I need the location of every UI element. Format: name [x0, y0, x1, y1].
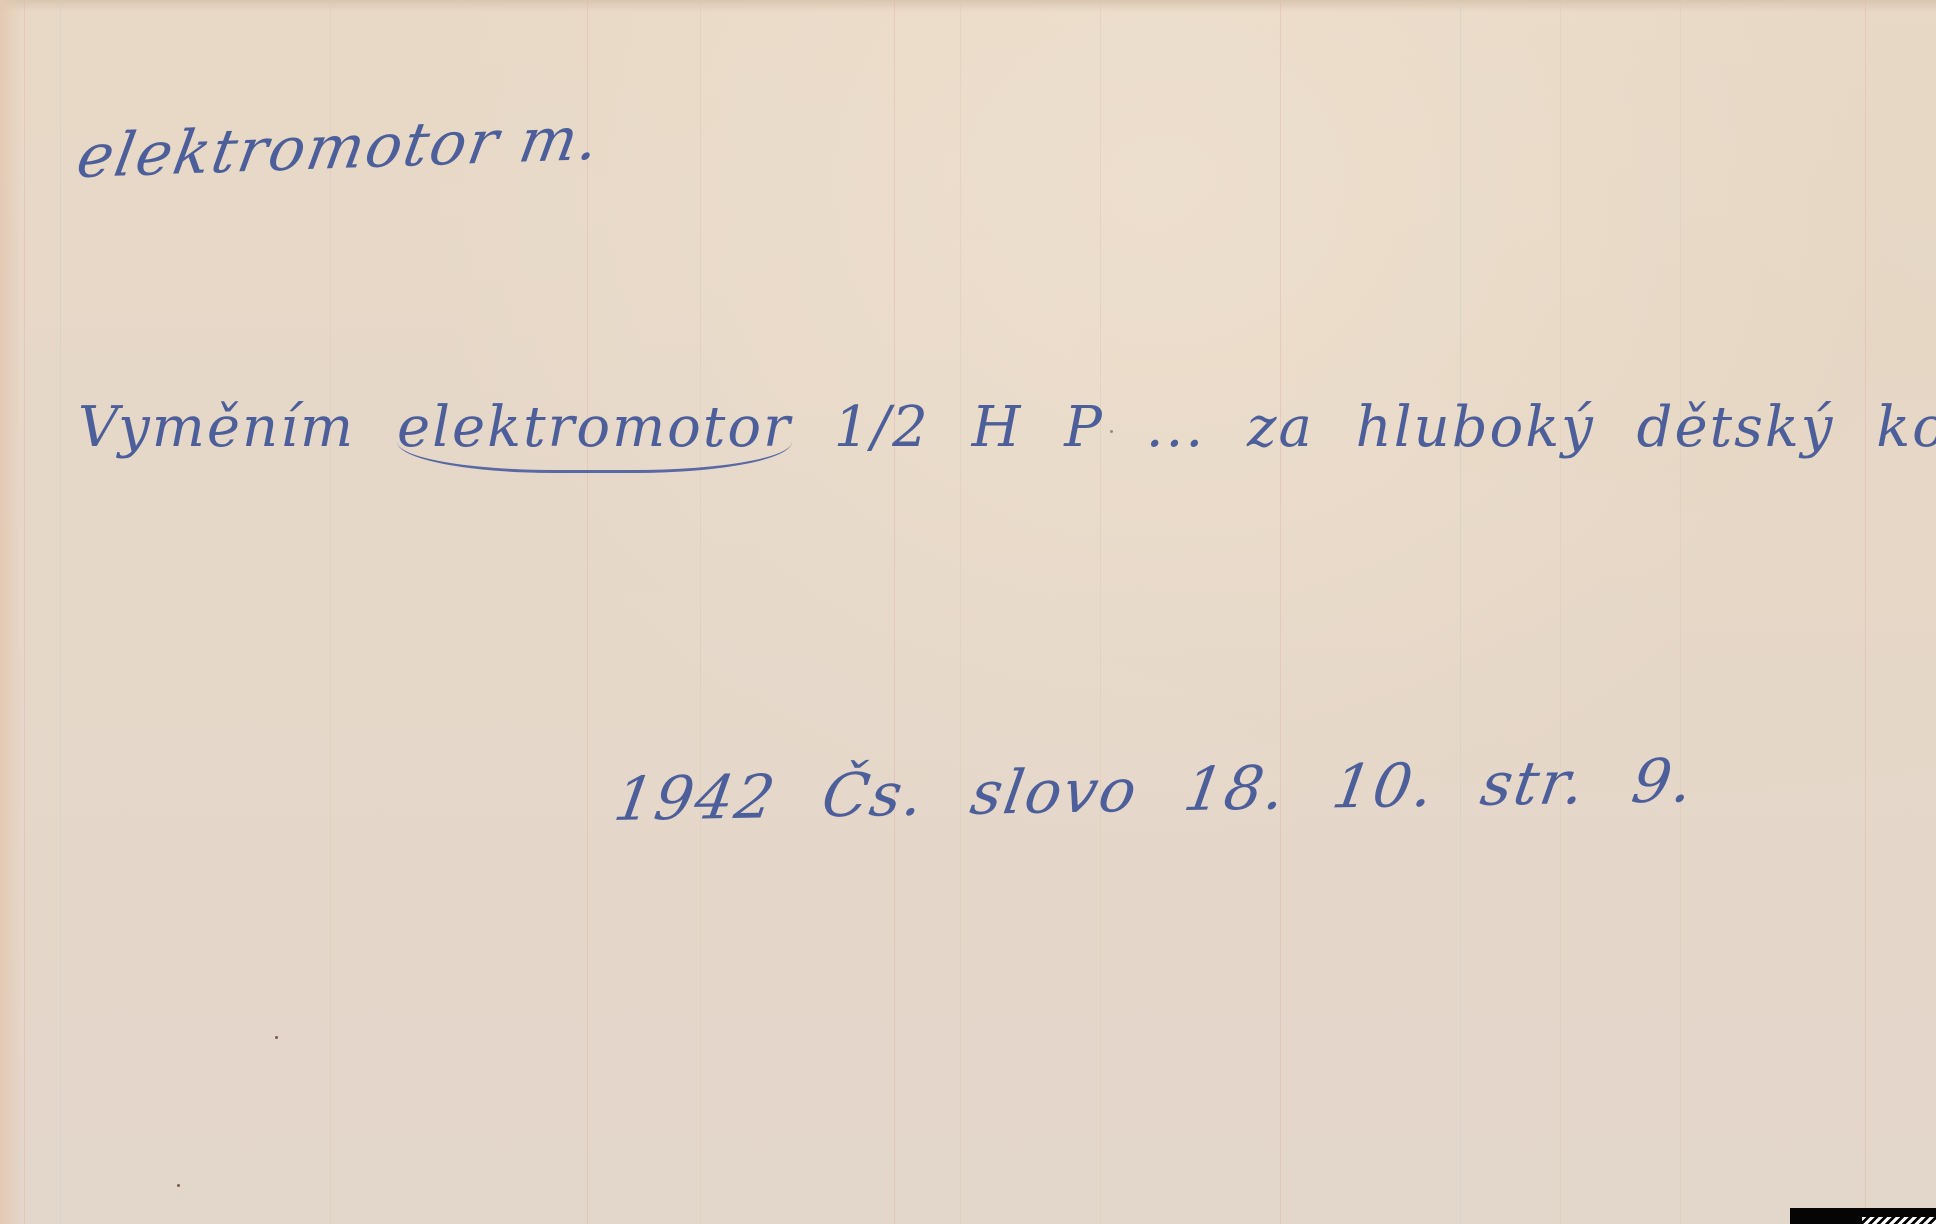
card-body-line: Vyměním elektromotor 1/2 H P ... za hlub… [78, 395, 1936, 473]
paper-speck [1110, 430, 1113, 433]
paper-left-edge [0, 0, 22, 1224]
index-card: elektromotor m. Vyměním elektromotor 1/2… [0, 0, 1936, 1224]
card-source-line: 1942 Čs. slovo 18. 10. str. 9. [609, 746, 1699, 835]
source-publication: Čs. slovo [817, 756, 1143, 832]
ruled-line [1865, 0, 1866, 1224]
body-spec: 1/2 H P ... [834, 395, 1205, 460]
paper-top-edge [0, 0, 1936, 12]
ruled-line [24, 0, 25, 1224]
ruled-line [894, 0, 895, 1224]
body-verb: Vyměním [78, 395, 355, 460]
card-heading: elektromotor m. [72, 104, 607, 193]
scan-hatch-artifact [1862, 1217, 1936, 1224]
ruled-line [960, 0, 961, 1224]
ruled-line [700, 0, 701, 1224]
ruled-line [1100, 0, 1101, 1224]
ruled-line [1680, 0, 1681, 1224]
ruled-line [1560, 0, 1561, 1224]
body-keyword-underlined: elektromotor [397, 395, 792, 473]
ruled-line [330, 0, 331, 1224]
ruled-line [1280, 0, 1281, 1224]
paper-speck [177, 1184, 180, 1187]
source-date: 18. 10. [1179, 751, 1440, 826]
source-page: str. 9. [1476, 746, 1699, 820]
paper-speck [275, 1036, 278, 1039]
ruled-line [1460, 0, 1461, 1224]
body-rest: za hluboký dětský kočárek. [1247, 395, 1936, 460]
source-year: 1942 [609, 762, 781, 835]
ruled-line [587, 0, 588, 1224]
ruled-line [60, 0, 61, 1224]
